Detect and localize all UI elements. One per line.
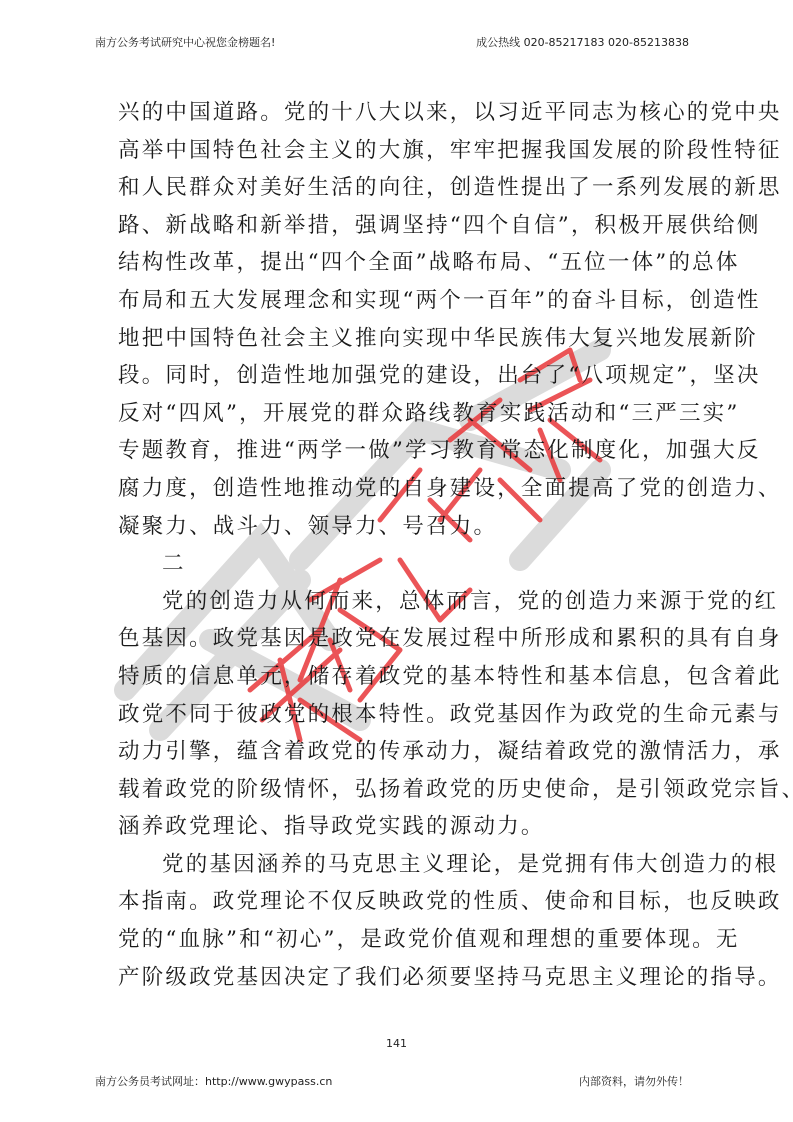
text-line: 地把中国特色社会主义推向实现中华民族伟大复兴地发展新阶	[118, 320, 684, 358]
text-line: 兴的中国道路。党的十八大以来，以习近平同志为核心的党中央	[118, 94, 684, 132]
page-number: 141	[0, 1037, 793, 1050]
text-line: 高举中国特色社会主义的大旗，牢牢把握我国发展的阶段性特征	[118, 132, 684, 170]
text-line: 载着政党的阶级情怀，弘扬着政党的历史使命，是引领政党宗旨、	[118, 771, 684, 809]
document-body: 兴的中国道路。党的十八大以来，以习近平同志为核心的党中央 高举中国特色社会主义的…	[118, 94, 684, 996]
header-hotline: 成公热线 020-85217183 020-85213838	[476, 34, 689, 50]
text-line: 结构性改革，提出“四个全面”战略布局、“五位一体”的总体	[118, 244, 684, 282]
text-line: 本指南。政党理论不仅反映政党的性质、使命和目标，也反映政	[118, 883, 684, 921]
text-line: 和人民群众对美好生活的向往，创造性提出了一系列发展的新思	[118, 169, 684, 207]
text-line: 专题教育，推进“两学一做”学习教育常态化制度化，加强大反	[118, 432, 684, 470]
text-line: 党的“血脉”和“初心”，是政党价值观和理想的重要体现。无	[118, 921, 684, 959]
footer-notice: 内部资料，请勿外传！	[579, 1073, 689, 1089]
page-header: 南方公务考试研究中心祝您金榜题名! 成公热线 020-85217183 020-…	[95, 34, 689, 50]
page-footer: 南方公务员考试网址：http://www.gwypass.cn 内部资料，请勿外…	[95, 1073, 689, 1089]
text-line: 色基因。政党基因是政党在发展过程中所形成和累积的具有自身	[118, 620, 684, 658]
text-line: 动力引擎，蕴含着政党的传承动力，凝结着政党的激情活力，承	[118, 733, 684, 771]
section-heading: 二	[118, 545, 684, 583]
text-line: 政党不同于彼政党的根本特性。政党基因作为政党的生命元素与	[118, 696, 684, 734]
text-line: 党的基因涵养的马克思主义理论，是党拥有伟大创造力的根	[118, 846, 684, 884]
text-line: 段。同时，创造性地加强党的建设，出台了“八项规定”，坚决	[118, 357, 684, 395]
text-line: 腐力度，创造性地推动党的自身建设，全面提高了党的创造力、	[118, 470, 684, 508]
footer-website: 南方公务员考试网址：http://www.gwypass.cn	[95, 1073, 332, 1089]
text-line: 产阶级政党基因决定了我们必须要坚持马克思主义理论的指导。	[118, 959, 684, 997]
text-line: 涵养政党理论、指导政党实践的源动力。	[118, 808, 684, 846]
header-slogan: 南方公务考试研究中心祝您金榜题名!	[95, 34, 275, 50]
text-line: 凝聚力、战斗力、领导力、号召力。	[118, 508, 684, 546]
text-line: 党的创造力从何而来，总体而言，党的创造力来源于党的红	[118, 583, 684, 621]
text-line: 布局和五大发展理念和实现“两个一百年”的奋斗目标，创造性	[118, 282, 684, 320]
text-line: 特质的信息单元，储存着政党的基本特性和基本信息，包含着此	[118, 658, 684, 696]
text-line: 反对“四风”，开展党的群众路线教育实践活动和“三严三实”	[118, 395, 684, 433]
text-line: 路、新战略和新举措，强调坚持“四个自信”，积极开展供给侧	[118, 207, 684, 245]
